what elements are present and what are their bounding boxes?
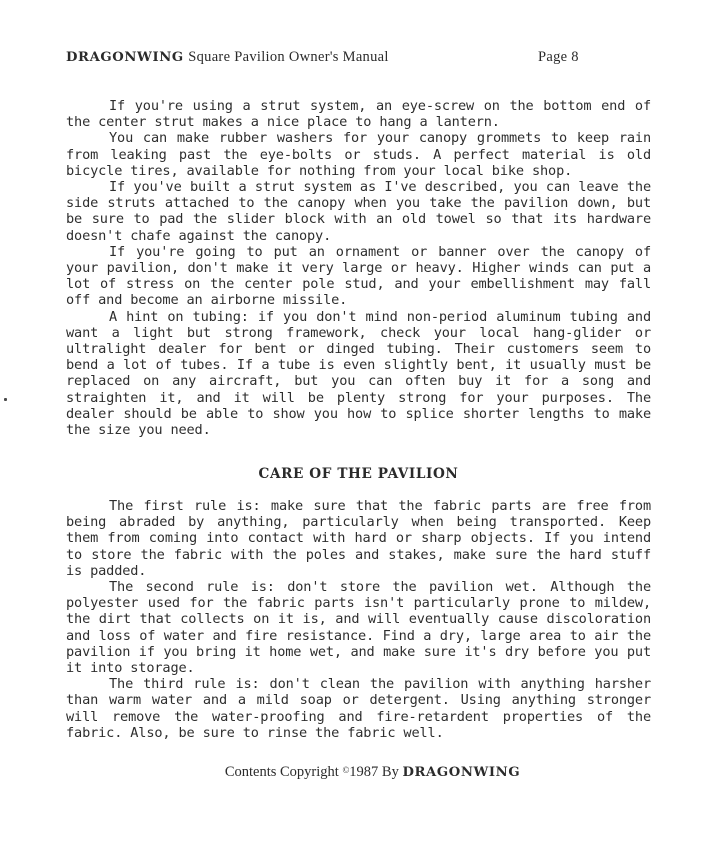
paragraph-tubing-hint: A hint on tubing: if you don't mind non-…	[66, 309, 651, 439]
header-title: Square Pavilion Owner's Manual	[188, 49, 388, 65]
footer-brand: DRAGONWING	[402, 765, 520, 780]
care-section: The first rule is: make sure that the fa…	[66, 498, 651, 741]
copyright-prefix: Contents Copyright	[225, 764, 339, 780]
header-brand: DRAGONWING	[66, 50, 184, 65]
stray-ink-mark	[4, 398, 7, 401]
paragraph-lantern: If you're using a strut system, an eye-s…	[66, 98, 651, 130]
tips-section: If you're using a strut system, an eye-s…	[66, 98, 651, 438]
paragraph-first-rule: The first rule is: make sure that the fa…	[66, 498, 651, 579]
paragraph-rubber-washers: You can make rubber washers for your can…	[66, 130, 651, 179]
copyright-footer: Contents Copyright ©1987 By DRAGONWING	[66, 764, 651, 781]
paragraph-second-rule: The second rule is: don't store the pavi…	[66, 579, 651, 676]
page-header: DRAGONWING Square Pavilion Owner's Manua…	[66, 49, 651, 69]
paragraph-ornament: If you're going to put an ornament or ba…	[66, 244, 651, 309]
paragraph-strut-system: If you've built a strut system as I've d…	[66, 179, 651, 244]
paragraph-third-rule: The third rule is: don't clean the pavil…	[66, 676, 651, 741]
copyright-year: 1987 By	[349, 764, 399, 780]
section-heading-care: CARE OF THE PAVILION	[66, 466, 651, 482]
page-number: Page 8	[538, 49, 579, 66]
